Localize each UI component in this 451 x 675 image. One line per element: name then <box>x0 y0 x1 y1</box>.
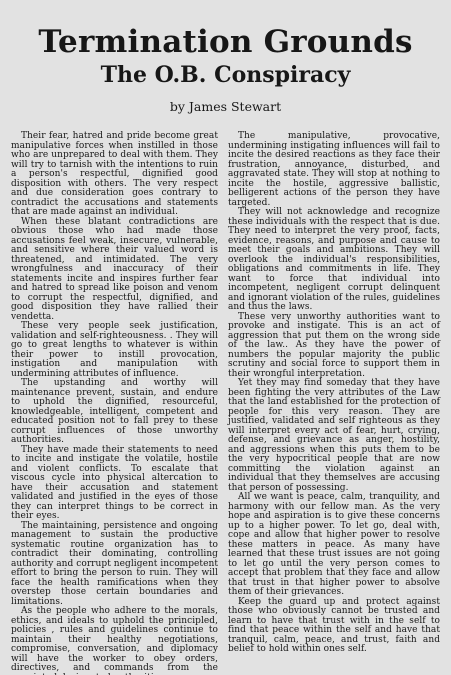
document-page: Termination Grounds The O.B. Conspiracy … <box>0 0 451 675</box>
article-body: Their fear, hatred and pride become grea… <box>0 132 451 675</box>
page-subtitle: The O.B. Conspiracy <box>0 60 451 90</box>
paragraph: As the people who adhere to the morals, … <box>11 607 218 675</box>
paragraph: The maintaining, persistence and ongoing… <box>11 522 218 608</box>
paragraph: The upstanding and worthy will maintenan… <box>11 379 218 446</box>
paragraph: They have made their statements to need … <box>11 446 218 522</box>
paragraph: When these blatant contradictions are ob… <box>11 218 218 323</box>
paragraph: All we want is peace, calm, tranquility,… <box>228 493 440 598</box>
paragraph: Yet they may find someday that they have… <box>228 379 440 493</box>
paragraph: The manipulative, provocative, undermini… <box>228 132 440 208</box>
page-title: Termination Grounds <box>0 24 451 60</box>
paragraph: Their fear, hatred and pride become grea… <box>11 132 218 218</box>
paragraph: These very people seek justification, va… <box>11 322 218 379</box>
paragraph: These very unworthy authorities want to … <box>228 313 440 380</box>
paragraph: Keep the guard up and protect against th… <box>228 598 440 655</box>
paragraph: They will not acknowledge and recognize … <box>228 208 440 313</box>
byline: by James Stewart <box>0 99 451 115</box>
left-column: Their fear, hatred and pride become grea… <box>11 132 218 675</box>
right-column: The manipulative, provocative, undermini… <box>228 132 440 675</box>
